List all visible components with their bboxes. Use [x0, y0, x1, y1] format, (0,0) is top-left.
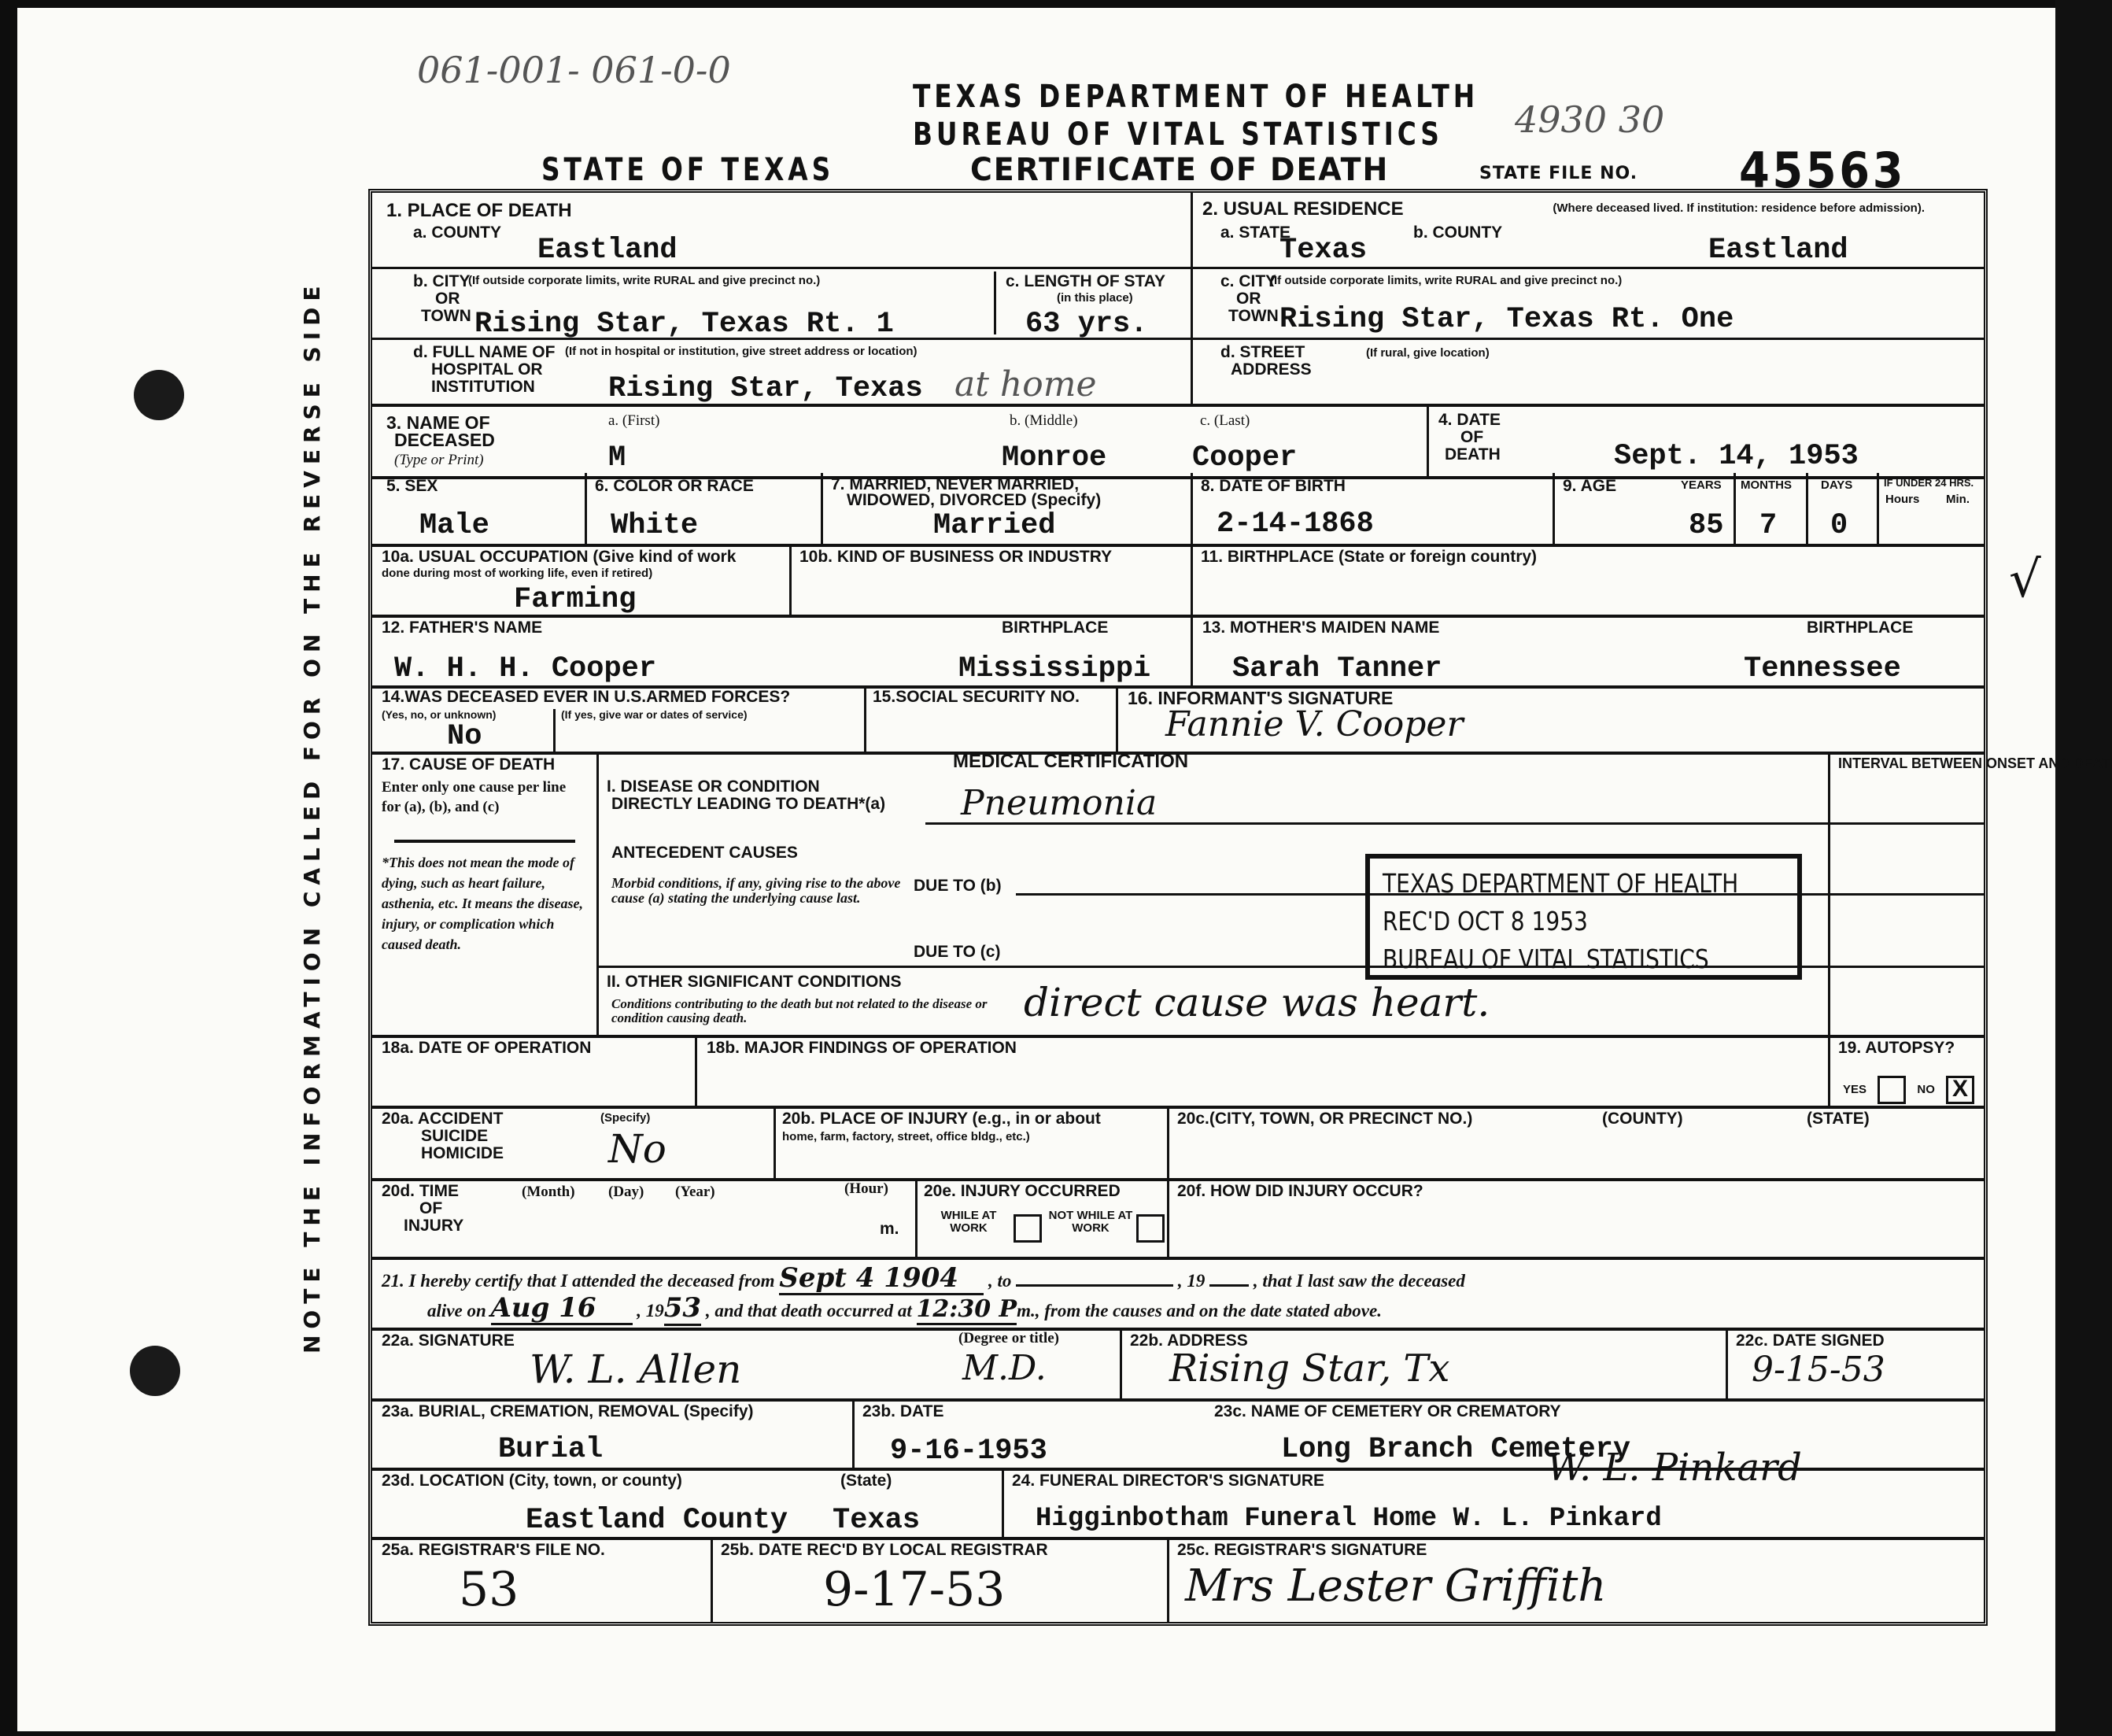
usual-residence: 2. USUAL RESIDENCE (Where deceased lived…: [1191, 193, 1984, 404]
city-note: (If outside corporate limits, write RURA…: [468, 275, 940, 287]
occupation-value: Farming: [514, 583, 636, 616]
injury-county-label: (COUNTY): [1602, 1110, 1683, 1128]
residence-state-value: Texas: [1279, 234, 1367, 267]
age-days-value: 0: [1830, 509, 1848, 542]
marital-value: Married: [933, 509, 1055, 542]
physician-address: Rising Star, Tx: [1169, 1346, 1449, 1391]
section-funeral: 23d. LOCATION (City, town, or county) (S…: [372, 1468, 1984, 1540]
time-of-injury-label: 20d. TIME: [382, 1183, 459, 1200]
agency-line-2: BUREAU OF VITAL STATISTICS: [913, 116, 1443, 153]
burial-date-label: 23b. DATE: [862, 1403, 943, 1420]
name-label-2: DECEASED: [394, 430, 495, 449]
marital-label-2: WIDOWED, DIVORCED (Specify): [847, 492, 1101, 509]
last-seen-value: Aug 16: [491, 1295, 633, 1325]
section-injury: 20a. ACCIDENT SUICIDE HOMICIDE (Specify)…: [372, 1106, 1984, 1181]
medical-certification-heading: MEDICAL CERTIFICATION: [953, 752, 1188, 771]
while-at-work-label: WHILE AT WORK: [925, 1210, 1012, 1235]
armed-forces-label: 14.WAS DECEASED EVER IN U.S.ARMED FORCES…: [382, 689, 790, 706]
mother-birthplace-value: Tennessee: [1744, 652, 1901, 685]
section-operation: 18a. DATE OF OPERATION 18b. MAJOR FINDIN…: [372, 1035, 1984, 1109]
hospital-handwritten: at home: [954, 364, 1097, 404]
state-file-label: STATE FILE NO.: [1479, 164, 1638, 183]
funeral-director-label: 24. FUNERAL DIRECTOR'S SIGNATURE: [1012, 1472, 1324, 1490]
date-of-death-label: 4. DATE: [1438, 412, 1501, 429]
state-title: STATE OF TEXAS: [541, 152, 834, 188]
agency-line-1: TEXAS DEPARTMENT OF HEALTH: [913, 79, 1479, 115]
county-label: a. COUNTY: [413, 224, 501, 242]
date-signed-value: 9-15-53: [1752, 1350, 1885, 1390]
handwritten-ref-right: 4930 30: [1515, 98, 1664, 141]
injury-location-label: 20c.(CITY, TOWN, OR PRECINCT NO.): [1177, 1110, 1472, 1128]
last-name-label: c. (Last): [1200, 413, 1250, 429]
date-of-birth-value: 2-14-1868: [1217, 508, 1374, 541]
father-name-value: W. H. H. Cooper: [394, 652, 656, 685]
place-of-death: 1. PLACE OF DEATH a. COUNTY Eastland b. …: [372, 193, 1191, 404]
city-label: b. CITY: [413, 273, 470, 290]
stamp-line-3: BUREAU OF VITAL STATISTICS: [1383, 944, 1709, 974]
degree-label: (Degree or title): [958, 1331, 1059, 1346]
time-of-label: OF: [419, 1200, 442, 1217]
occupation-note: done during most of working life, even i…: [382, 567, 652, 580]
registrar-signature: Mrs Lester Griffith: [1185, 1561, 1607, 1612]
operation-date-label: 18a. DATE OF OPERATION: [382, 1040, 591, 1057]
type-or-print-label: (Type or Print): [394, 452, 484, 468]
registrar-date-label: 25b. DATE REC'D BY LOCAL REGISTRAR: [721, 1542, 1048, 1559]
autopsy-yes-checkbox[interactable]: [1878, 1076, 1906, 1104]
ssn-label: 15.SOCIAL SECURITY NO.: [873, 689, 1080, 706]
residence-or-label: OR: [1236, 290, 1261, 308]
place-of-injury-label: 20b. PLACE OF INJURY (e.g., in or about: [782, 1110, 1101, 1128]
interval-label: INTERVAL BETWEEN ONSET AND DEATH: [1838, 756, 2112, 771]
condition-label: I. DISEASE OR CONDITION: [607, 778, 820, 796]
stamp-line-2: REC'D OCT 8 1953: [1383, 906, 1588, 936]
street-label-2: ADDRESS: [1231, 361, 1312, 379]
section-registrar: 25a. REGISTRAR'S FILE NO. 53 25b. DATE R…: [372, 1537, 1984, 1622]
year-label: (Year): [675, 1184, 715, 1200]
date-of-death-cell: 4. DATE OF DEATH Sept. 14, 1953: [1427, 407, 1984, 476]
first-name-label: a. (First): [608, 413, 659, 429]
street-note: (If rural, give location): [1366, 347, 1490, 360]
while-at-work-checkbox[interactable]: [1014, 1214, 1042, 1243]
city-or-label: OR: [435, 290, 460, 308]
burial-method-value: Burial: [498, 1433, 603, 1466]
middle-name-label: b. (Middle): [1010, 413, 1078, 429]
autopsy-no-checkbox[interactable]: X: [1946, 1076, 1974, 1104]
usual-residence-heading: 2. USUAL RESIDENCE: [1202, 199, 1404, 219]
residence-note: (Where deceased lived. If institution: r…: [1453, 202, 1925, 215]
autopsy-label: 19. AUTOPSY?: [1838, 1040, 1955, 1057]
physician-signature: W. L. Allen: [530, 1346, 741, 1392]
last-seen-year-value: 53: [664, 1292, 701, 1326]
how-injury-label: 20f. HOW DID INJURY OCCUR?: [1177, 1183, 1423, 1200]
attended-from-value: Sept 4 1904: [779, 1265, 984, 1295]
place-of-injury-note: home, farm, factory, street, office bldg…: [782, 1131, 1030, 1143]
other-conditions-note: Conditions contributing to the death but…: [611, 997, 1021, 1025]
handwritten-ref-left: 061-001- 061-0-0: [417, 49, 731, 91]
burial-date-value: 9-16-1953: [890, 1435, 1047, 1468]
residence-city-note: (If outside corporate limits, write RURA…: [1270, 275, 1622, 287]
race-label: 6. COLOR OR RACE: [595, 478, 754, 495]
registrar-file-value: 53: [459, 1562, 519, 1617]
homicide-label: HOMICIDE: [421, 1145, 504, 1162]
section-certification: 21. I hereby certify that I attended the…: [372, 1257, 1984, 1331]
city-town-label: TOWN: [421, 308, 471, 325]
punch-hole: [134, 370, 184, 420]
stamp-line-1: TEXAS DEPARTMENT OF HEALTH: [1383, 868, 1738, 899]
month-label: (Month): [522, 1184, 575, 1200]
hour-label: (Hour): [844, 1181, 888, 1197]
autopsy-no-label: NO: [1917, 1083, 1935, 1096]
received-stamp: TEXAS DEPARTMENT OF HEALTH REC'D OCT 8 1…: [1365, 854, 1802, 980]
sex-label: 5. SEX: [386, 478, 438, 495]
death-time-value: 12:30 P: [917, 1295, 1017, 1325]
registrar-date-value: 9-17-53: [823, 1562, 1005, 1617]
death-occurred-text: , and that death occurred at: [706, 1301, 912, 1320]
father-birthplace-value: Mississippi: [958, 652, 1150, 685]
residence-city-value: Rising Star, Texas Rt. One: [1279, 303, 1734, 336]
section-service: 14.WAS DECEASED EVER IN U.S.ARMED FORCES…: [372, 685, 1984, 755]
armed-note-1: (Yes, no, or unknown): [382, 709, 496, 721]
hours-label: Hours: [1885, 493, 1919, 506]
age-months-value: 7: [1759, 509, 1777, 542]
place-of-death-heading: 1. PLACE OF DEATH: [386, 201, 572, 220]
residence-county-label: b. COUNTY: [1413, 224, 1502, 242]
autopsy-yes-label: YES: [1843, 1083, 1866, 1096]
armed-note-2: (If yes, give war or dates of service): [561, 709, 748, 721]
informant-signature: Fannie V. Cooper: [1165, 704, 1464, 744]
check-mark-icon: √: [2009, 551, 2041, 609]
injury-state-label: (STATE): [1807, 1110, 1870, 1128]
not-while-at-work-label: NOT WHILE AT WORK: [1047, 1210, 1134, 1235]
hospital-value: Rising Star, Texas: [608, 372, 923, 405]
attended-to-value: [1016, 1284, 1173, 1287]
not-while-at-work-checkbox[interactable]: [1136, 1214, 1165, 1243]
burial-location-label: 23d. LOCATION (City, town, or county): [382, 1472, 682, 1490]
physician-signature-label: 22a. SIGNATURE: [382, 1332, 515, 1350]
mother-birthplace-label: BIRTHPLACE: [1807, 619, 1913, 637]
cause-of-death-label: 17. CAUSE OF DEATH: [382, 756, 555, 774]
residence-city-label: c. CITY: [1220, 273, 1276, 290]
certify-19-text: , 19: [1178, 1271, 1206, 1291]
suicide-label: SUICIDE: [421, 1128, 488, 1145]
length-of-stay-value: 63 yrs.: [1025, 308, 1147, 341]
date-of-birth-label: 8. DATE OF BIRTH: [1201, 478, 1346, 495]
armed-forces-value: No: [447, 720, 482, 753]
residence-county-value: Eastland: [1708, 234, 1848, 267]
middle-name-value: Monroe: [1002, 441, 1106, 475]
age-years-value: 85: [1689, 509, 1723, 542]
hospital-label: d. FULL NAME OF: [413, 344, 555, 361]
condition-label-2: DIRECTLY LEADING TO DEATH*(a): [611, 796, 885, 813]
document-title: CERTIFICATE OF DEATH: [970, 152, 1389, 188]
under-24-hrs-label: IF UNDER 24 HRS.: [1884, 478, 1974, 489]
section-demographics: 5. SEX Male 6. COLOR OR RACE White 7. MA…: [372, 473, 1984, 547]
section-injury-time: 20d. TIME OF INJURY (Month) (Day) (Year)…: [372, 1178, 1984, 1260]
dod-death-label: DEATH: [1445, 446, 1501, 464]
registrar-file-label: 25a. REGISTRAR'S FILE NO.: [382, 1542, 605, 1559]
reverse-side-note: NOTE THE INFORMATION CALLED FOR ON THE R…: [299, 279, 325, 1354]
physician-degree: M.D.: [962, 1348, 1047, 1388]
burial-state-label: (State): [840, 1472, 892, 1490]
cause-instructions: Enter only one cause per line for (a), (…: [382, 778, 582, 817]
years-label: YEARS: [1681, 479, 1722, 492]
operation-findings-label: 18b. MAJOR FINDINGS OF OPERATION: [707, 1040, 1017, 1057]
section-name: 3. NAME OF DECEASED (Type or Print) a. (…: [372, 404, 1984, 479]
first-name-value: M: [608, 441, 626, 475]
other-conditions-label: II. OTHER SIGNIFICANT CONDITIONS: [607, 973, 902, 991]
hospital-note: (If not in hospital or institution, give…: [565, 345, 918, 358]
m-label: m.: [880, 1221, 899, 1238]
due-to-c-label: DUE TO (c): [914, 944, 1000, 961]
time-injury-label: INJURY: [404, 1217, 463, 1235]
street-label: d. STREET: [1220, 344, 1305, 361]
section-place-residence: 1. PLACE OF DEATH a. COUNTY Eastland b. …: [372, 193, 1984, 404]
scan-border: [2055, 0, 2112, 1736]
due-to-b-label: DUE TO (b): [914, 877, 1002, 895]
funeral-director-signature: W. L. Pinkard: [1547, 1446, 1802, 1490]
stay-note: (in this place): [1057, 292, 1133, 305]
antecedent-causes-label: ANTECEDENT CAUSES: [611, 844, 798, 862]
length-of-stay-label: c. LENGTH OF STAY: [1006, 273, 1165, 290]
age-label: 9. AGE: [1563, 478, 1616, 495]
sex-value: Male: [419, 509, 489, 542]
hospital-label-2: HOSPITAL OR: [431, 361, 543, 379]
day-label: (Day): [608, 1184, 644, 1200]
last-name-value: Cooper: [1192, 441, 1297, 475]
section-occupation: 10a. USUAL OCCUPATION (Give kind of work…: [372, 544, 1984, 618]
certify-to-text: , to: [988, 1271, 1011, 1291]
death-city-value: Rising Star, Texas Rt. 1: [474, 308, 894, 341]
birthplace-label: 11. BIRTHPLACE (State or foreign country…: [1201, 549, 1537, 566]
father-name-label: 12. FATHER'S NAME: [382, 619, 542, 637]
cemetery-label: 23c. NAME OF CEMETERY OR CREMATORY: [1214, 1403, 1561, 1420]
burial-method-label: 23a. BURIAL, CREMATION, REMOVAL (Specify…: [382, 1403, 754, 1420]
race-value: White: [611, 509, 698, 542]
occupation-label: 10a. USUAL OCCUPATION (Give kind of work: [382, 549, 736, 566]
mother-name-label: 13. MOTHER'S MAIDEN NAME: [1202, 619, 1439, 637]
alive-on-text: alive on: [427, 1301, 486, 1320]
accident-value: No: [608, 1126, 666, 1172]
hospital-label-3: INSTITUTION: [431, 379, 535, 396]
specify-label: (Specify): [600, 1112, 650, 1125]
antecedent-note: Morbid conditions, if any, giving rise t…: [611, 876, 910, 906]
certify-text: 21. I hereby certify that I attended the…: [382, 1271, 775, 1291]
injury-occurred-label: 20e. INJURY OCCURRED: [924, 1183, 1121, 1200]
last-seen-19-text: , 19: [637, 1301, 664, 1320]
death-county-value: Eastland: [537, 234, 678, 267]
dod-of-label: OF: [1460, 429, 1483, 446]
other-conditions-value: direct cause was heart.: [1024, 980, 1490, 1025]
certify-last-saw-text: , that I last saw the deceased: [1254, 1271, 1465, 1291]
cause-footnote: *This does not mean the mode of dying, s…: [382, 852, 588, 955]
section-parents: 12. FATHER'S NAME BIRTHPLACE W. H. H. Co…: [372, 615, 1984, 689]
registrar-signature-label: 25c. REGISTRAR'S SIGNATURE: [1177, 1542, 1427, 1559]
father-birthplace-label: BIRTHPLACE: [1002, 619, 1108, 637]
mother-name-value: Sarah Tanner: [1232, 652, 1442, 685]
months-label: MONTHS: [1741, 479, 1792, 492]
burial-state-value: Texas: [833, 1504, 920, 1537]
date-of-death-value: Sept. 14, 1953: [1614, 440, 1859, 473]
burial-location-value: Eastland County: [526, 1504, 788, 1537]
min-label: Min.: [1946, 493, 1970, 506]
days-label: DAYS: [1821, 479, 1852, 492]
section-physician: 22a. SIGNATURE (Degree or title) W. L. A…: [372, 1328, 1984, 1402]
date-signed-label: 22c. DATE SIGNED: [1736, 1332, 1885, 1350]
certify-closing-text: m., from the causes and on the date stat…: [1017, 1301, 1382, 1320]
accident-label: 20a. ACCIDENT: [382, 1110, 503, 1128]
funeral-home-value: Higginbotham Funeral Home W. L. Pinkard: [1036, 1504, 1662, 1534]
residence-town-label: TOWN: [1228, 308, 1279, 325]
cause-a-value: Pneumonia: [961, 783, 1157, 823]
punch-hole: [130, 1346, 180, 1396]
industry-label: 10b. KIND OF BUSINESS OR INDUSTRY: [799, 549, 1112, 566]
